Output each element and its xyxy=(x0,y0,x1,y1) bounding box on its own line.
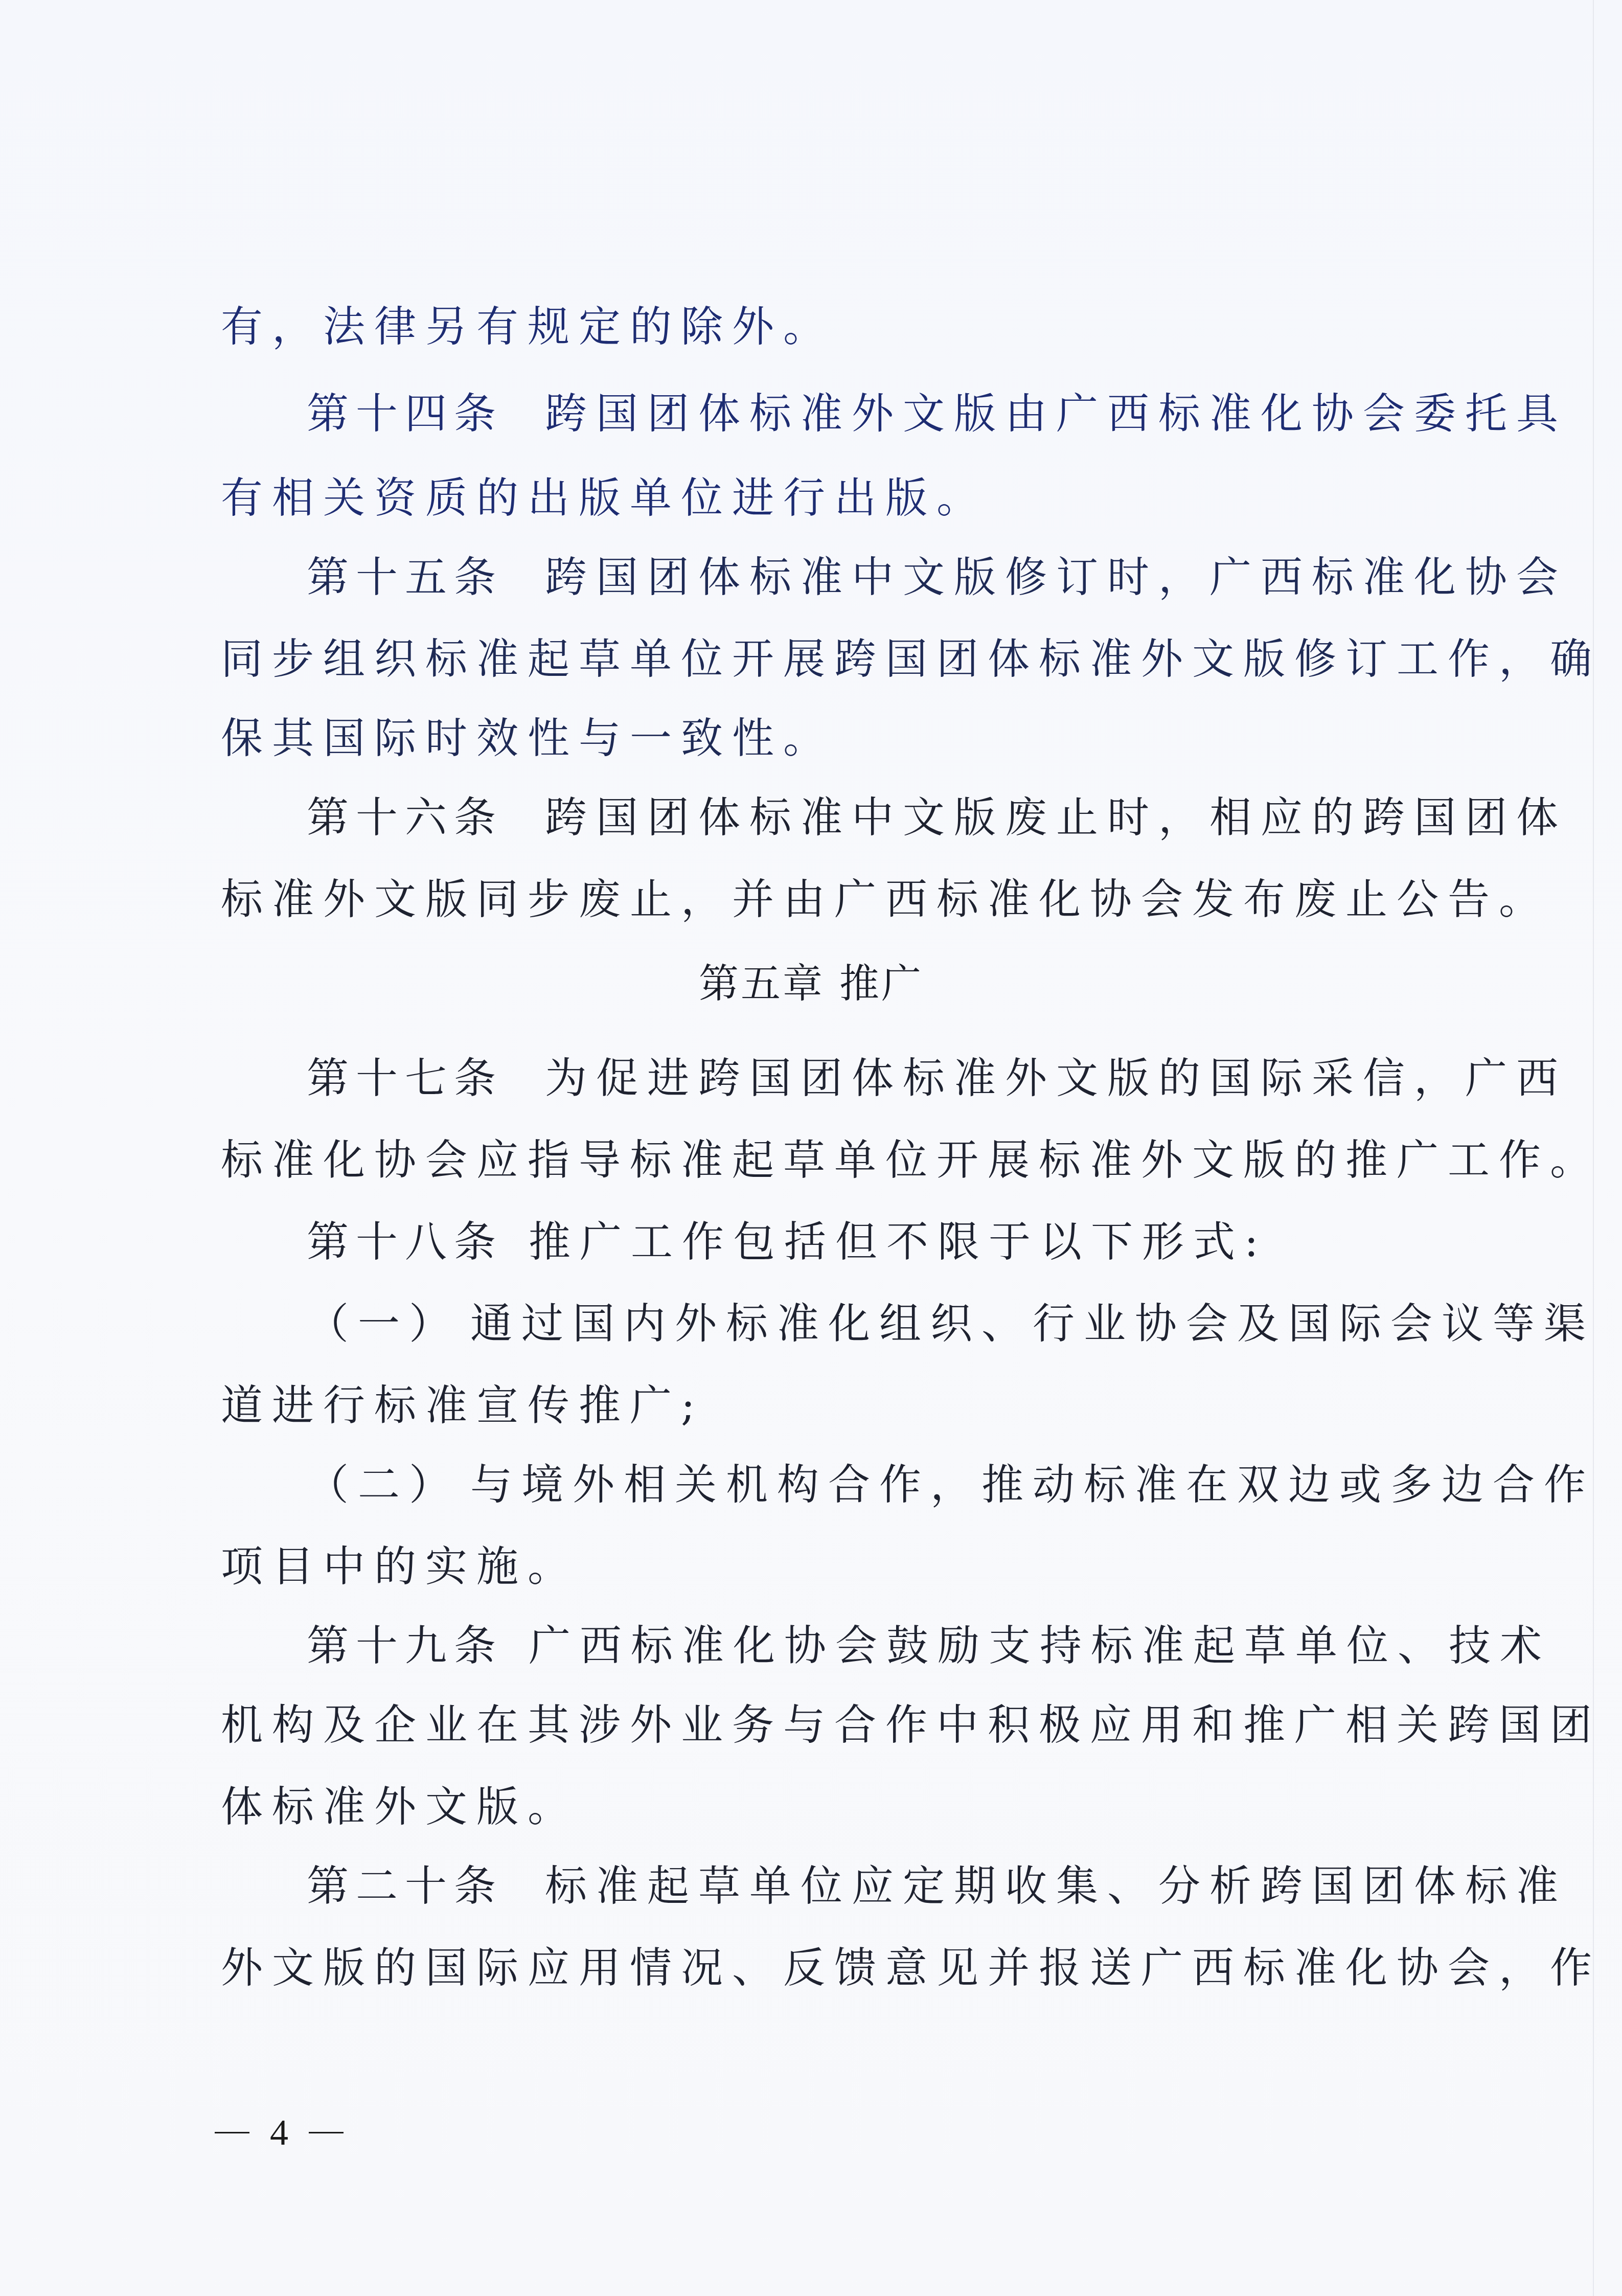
article-16: 第十六条跨国团体标准中文版废止时，相应的跨国团体 xyxy=(307,792,1567,844)
article-number: 第十六条 xyxy=(307,793,503,842)
article-number: 第十五条 xyxy=(307,553,503,602)
article-number: 第十九条 xyxy=(307,1622,503,1670)
line-text: 保其国际时效性与一致性。 xyxy=(221,714,834,763)
line-text: 标准化协会应指导标准起草单位开展标准外文版的推广工作。 xyxy=(221,1136,1601,1185)
list-item-1: （一）通过国内外标准化组织、行业协会及国际会议等渠 xyxy=(307,1299,1595,1350)
text-line: 保其国际时效性与一致性。 xyxy=(221,713,834,764)
article-number: 第十四条 xyxy=(307,390,503,438)
line-text: 体标准外文版。 xyxy=(221,1783,579,1831)
line-text: 项目中的实施。 xyxy=(221,1542,579,1591)
article-20: 第二十条标准起草单位应定期收集、分析跨国团体标准 xyxy=(307,1861,1567,1912)
text-line: 道进行标准宣传推广; xyxy=(221,1380,704,1431)
text-line: 有相关资质的出版单位进行出版。 xyxy=(221,473,988,524)
text-line: 标准外文版同步废止，并由广西标准化协会发布废止公告。 xyxy=(221,874,1550,925)
text-line: 外文版的国际应用情况、反馈意见并报送广西标准化协会，作 xyxy=(221,1943,1601,1994)
article-17: 第十七条为促进跨国团体标准外文版的国际采信，广西 xyxy=(307,1053,1567,1104)
article-text: 为促进跨国团体标准外文版的国际采信，广西 xyxy=(545,1054,1567,1103)
dash-right xyxy=(309,2132,344,2133)
line-text: 道进行标准宣传推广; xyxy=(221,1381,704,1430)
dash-left xyxy=(215,2132,249,2133)
page-number-value: 4 xyxy=(270,2111,288,2154)
text-line: 机构及企业在其涉外业务与合作中积极应用和推广相关跨国团 xyxy=(221,1700,1601,1751)
article-15: 第十五条跨国团体标准中文版修订时，广西标准化协会 xyxy=(307,552,1567,603)
line-text: 有，法律另有规定的除外。 xyxy=(221,303,834,351)
chapter-heading: 第五章 推广 xyxy=(0,959,1622,1010)
line-text: 外文版的国际应用情况、反馈意见并报送广西标准化协会，作 xyxy=(221,1944,1601,1992)
page-number: 4 xyxy=(215,2111,364,2154)
document-page: 有，法律另有规定的除外。 第十四条跨国团体标准外文版由广西标准化协会委托具 有相… xyxy=(0,0,1622,2296)
article-14: 第十四条跨国团体标准外文版由广西标准化协会委托具 xyxy=(307,389,1567,440)
text-line: 标准化协会应指导标准起草单位开展标准外文版的推广工作。 xyxy=(221,1135,1601,1186)
article-text: 跨国团体标准中文版修订时，广西标准化协会 xyxy=(545,553,1567,602)
text-line: 体标准外文版。 xyxy=(221,1782,579,1833)
article-19: 第十九条广西标准化协会鼓励支持标准起草单位、技术 xyxy=(307,1621,1551,1672)
item-text: 与境外相关机构合作，推动标准在双边或多边合作 xyxy=(470,1461,1595,1509)
item-marker: （二） xyxy=(307,1461,460,1509)
article-text: 跨国团体标准外文版由广西标准化协会委托具 xyxy=(545,390,1567,438)
line-text: 有相关资质的出版单位进行出版。 xyxy=(221,474,988,522)
item-text: 通过国内外标准化组织、行业协会及国际会议等渠 xyxy=(470,1300,1595,1348)
line-text: 同步组织标准起草单位开展跨国团体标准外文版修订工作，确 xyxy=(221,635,1601,684)
article-number: 第十八条 xyxy=(307,1218,503,1266)
text-line: 项目中的实施。 xyxy=(221,1541,579,1593)
text-line: 有，法律另有规定的除外。 xyxy=(221,302,834,353)
article-text: 广西标准化协会鼓励支持标准起草单位、技术 xyxy=(529,1622,1551,1670)
article-text: 标准起草单位应定期收集、分析跨国团体标准 xyxy=(545,1862,1567,1911)
text-line: 同步组织标准起草单位开展跨国团体标准外文版修订工作，确 xyxy=(221,634,1601,685)
line-text: 机构及企业在其涉外业务与合作中积极应用和推广相关跨国团 xyxy=(221,1701,1601,1749)
list-item-2: （二）与境外相关机构合作，推动标准在双边或多边合作 xyxy=(307,1460,1595,1511)
article-number: 第二十条 xyxy=(307,1862,503,1911)
article-18: 第十八条推广工作包括但不限于以下形式: xyxy=(307,1217,1268,1268)
item-marker: （一） xyxy=(307,1300,460,1348)
line-text: 标准外文版同步废止，并由广西标准化协会发布废止公告。 xyxy=(221,875,1550,924)
article-text: 跨国团体标准中文版废止时，相应的跨国团体 xyxy=(545,793,1567,842)
article-number: 第十七条 xyxy=(307,1054,503,1103)
article-text: 推广工作包括但不限于以下形式: xyxy=(529,1218,1268,1266)
